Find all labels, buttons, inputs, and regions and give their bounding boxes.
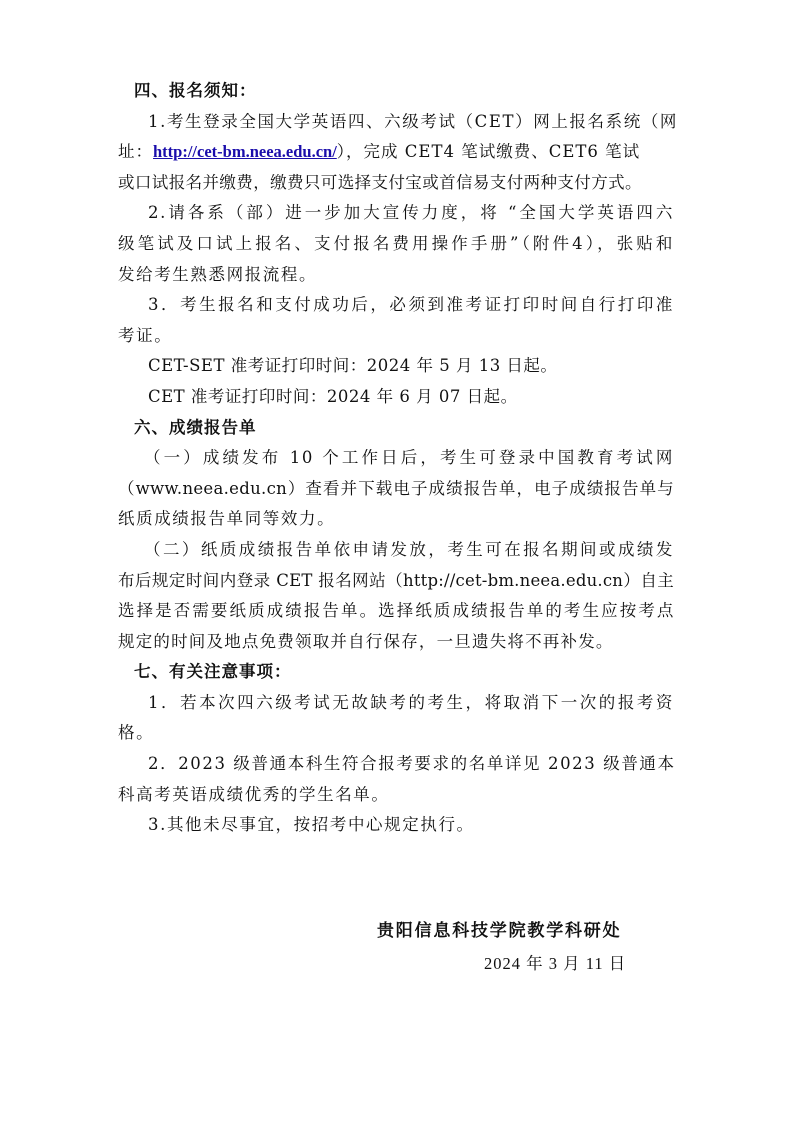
signature-date: 2024 年 3 月 11 日 [484, 950, 626, 974]
s7-item1-line2: 格。 [118, 718, 674, 749]
cet-set-print-time: CET-SET 准考证打印时间：2024 年 5 月 13 日起。 [118, 351, 674, 382]
s6-item2-line3: 选择是否需要纸质成绩报告单。选择纸质成绩报告单的考生应按考点 [118, 596, 674, 627]
s7-item1-line1: 1．若本次四六级考试无故缺考的考生，将取消下一次的报考资 [118, 688, 674, 719]
document-body: 四、报名须知： 1.考生登录全国大学英语四、六级考试（CET）网上报名系统（网 … [118, 76, 674, 841]
signature-organization: 贵阳信息科技学院教学科研处 [377, 916, 621, 941]
s7-item2-line2: 科高考英语成绩优秀的学生名单。 [118, 780, 674, 811]
s4-item2-line2: 级笔试及口试上报名、支付报名费用操作手册”（附件4），张贴和 [118, 229, 674, 260]
s6-item1-line1: （一）成绩发布 10 个工作日后，考生可登录中国教育考试网 [118, 443, 674, 474]
s6-item1-line3: 纸质成绩报告单同等效力。 [118, 504, 674, 535]
s4-item2-line1: 2.请各系（部）进一步加大宣传力度，将 “全国大学英语四六 [118, 198, 674, 229]
s7-item3-line1: 3.其他未尽事宜，按招考中心规定执行。 [118, 810, 674, 841]
s6-item2-line1: （二）纸质成绩报告单依申请发放，考生可在报名期间或成绩发 [118, 535, 674, 566]
s4-item1-line2: 址：http://cet-bm.neea.edu.cn/），完成 CET4 笔试… [118, 137, 674, 168]
s4-item1-line2-prefix: 址： [118, 142, 153, 161]
section-7-heading: 七、有关注意事项： [118, 657, 674, 688]
registration-link[interactable]: http://cet-bm.neea.edu.cn/ [153, 142, 337, 161]
s4-item3-line2: 考证。 [118, 321, 674, 352]
s4-item2-line3: 发给考生熟悉网报流程。 [118, 260, 674, 291]
s4-item3-line1: 3．考生报名和支付成功后，必须到准考证打印时间自行打印准 [118, 290, 674, 321]
s6-item1-line2: （www.neea.edu.cn）查看并下载电子成绩报告单，电子成绩报告单与 [118, 474, 674, 505]
section-6-heading: 六、成绩报告单 [118, 413, 674, 444]
cet-print-time: CET 准考证打印时间：2024 年 6 月 07 日起。 [118, 382, 674, 413]
s6-item2-line4: 规定的时间及地点免费领取并自行保存，一旦遗失将不再补发。 [118, 627, 674, 658]
s7-item2-line1: 2．2023 级普通本科生符合报考要求的名单详见 2023 级普通本 [118, 749, 674, 780]
s4-item1-line1: 1.考生登录全国大学英语四、六级考试（CET）网上报名系统（网 [118, 107, 674, 138]
s4-item1-line2-suffix: ），完成 CET4 笔试缴费、CET6 笔试 [337, 142, 640, 161]
s4-item1-line3: 或口试报名并缴费，缴费只可选择支付宝或首信易支付两种支付方式。 [118, 168, 674, 199]
s6-item2-line2: 布后规定时间内登录 CET 报名网站（http://cet-bm.neea.ed… [118, 566, 674, 597]
section-4-heading: 四、报名须知： [118, 76, 674, 107]
